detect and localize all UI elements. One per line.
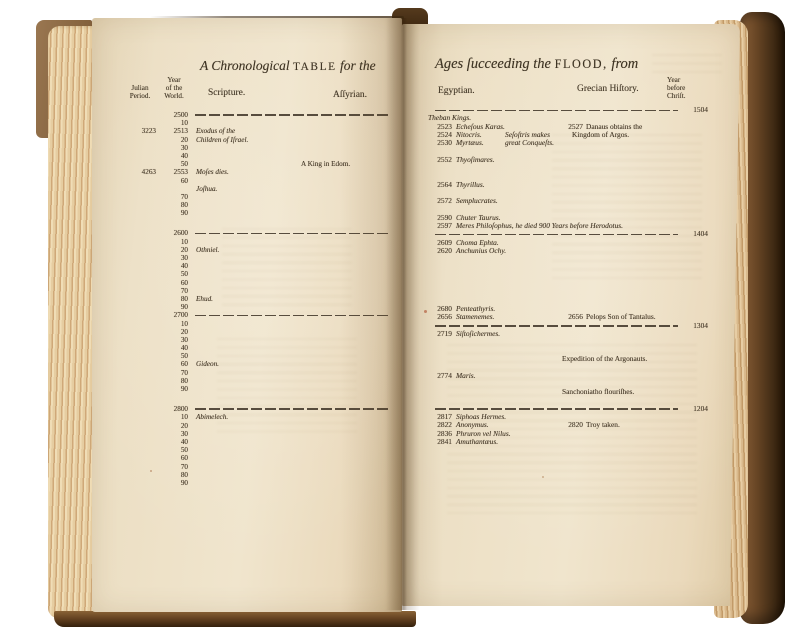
egyptian-note: great Conqueſts. [505,139,554,147]
table-row: 40 [122,262,392,270]
table-row: 20 [122,328,392,336]
row-content [196,463,392,471]
year-of-world-value: 70 [156,287,188,295]
julian-period-value: 3223 [122,127,156,135]
page-edges-left [48,26,98,618]
julian-period-value [122,360,156,368]
row-content [196,479,392,487]
row-content [196,446,392,454]
table-row: 50 [122,352,392,360]
julian-period-value [122,344,156,352]
column-header-year-before-christ: Year before Chriſt. [667,76,709,100]
year-of-world-value: 60 [156,279,188,287]
row-content: Gideon. [196,360,392,368]
table-row [426,338,708,346]
table-row: 20 [122,422,392,430]
row-content: Moſes dies. [196,168,392,176]
row-content: Ehud. [196,295,392,303]
scripture-entry: Abimelech. [196,413,228,421]
right-page-title: Ages ſucceeding the FLOOD, from [435,56,638,73]
egyptian-entry: Siſtoſichermes. [456,330,500,338]
year-of-world-value: 20 [156,246,188,254]
scripture-entry: Exodus of the [196,127,235,135]
table-row: 30 [122,254,392,262]
table-row: 70 [122,369,392,377]
table-row: 10 [122,320,392,328]
paper-speck [542,476,544,478]
table-row: 30 [122,336,392,344]
year-of-world-value: 60 [156,177,188,185]
julian-period-value [122,422,156,430]
table-row: 60 [122,454,392,462]
left-table: 25001032232513Exodus of the20Children of… [122,111,392,487]
julian-period-value [122,336,156,344]
grecian-text: Sanchoniatho flouriſhes. [562,387,634,396]
title-part: Ages ſucceeding the [435,56,551,72]
title-part: A Chronological [200,58,290,73]
title-part: from [611,56,638,72]
grecian-entry: Kingdom of Argos. [572,131,629,139]
year-of-world-value: 10 [156,238,188,246]
julian-period-value: 4263 [122,168,156,176]
year-of-world-value: 2600 [156,229,188,237]
year-before-christ-value: 1204 [682,405,708,413]
table-row: Joſhua. [122,185,392,193]
table-row [426,164,708,172]
grecian-year-value: 2820 [562,421,583,429]
column-header-assyrian: Aſſyrian. [333,90,367,100]
table-row [426,264,708,272]
row-content [196,422,392,430]
scripture-entry: Moſes dies. [196,168,229,176]
year-of-world-value: 2500 [156,111,188,119]
egyptian-year-value: 2552 [428,156,452,164]
grecian-text: Pelops Son of Tantalus. [586,312,656,321]
year-of-world-value: 30 [156,430,188,438]
year-before-christ-value: 1404 [682,230,708,238]
julian-period-value [122,413,156,421]
assyrian-entry: A King in Edom. [301,160,350,168]
table-row: Expedition of the Argonauts. [426,355,708,363]
table-row: 2841Amuthantæus. [426,438,708,446]
book-bottom-edge [54,611,416,627]
row-content [196,238,392,246]
julian-period-value [122,446,156,454]
year-of-world-value: 50 [156,270,188,278]
grecian-text: Expedition of the Argonauts. [562,354,647,363]
julian-period-value [122,377,156,385]
year-of-world-value: 70 [156,193,188,201]
table-row: 80 [122,201,392,209]
egyptian-entry: Thyrillus. [456,181,485,189]
row-content [196,144,392,152]
table-row: 10 [122,119,392,127]
scripture-entry: Joſhua. [196,185,217,193]
column-header-julian-period: Julian Period. [120,84,160,100]
scripture-entry: Othniel. [196,246,219,254]
table-row: 50 [122,446,392,454]
julian-period-value [122,254,156,262]
egyptian-year-value: 2572 [428,197,452,205]
row-content [196,328,392,336]
row-content [196,262,392,270]
row-content [196,438,392,446]
showthrough-smudge [652,54,722,78]
julian-period-value [122,454,156,462]
year-of-world-value: 70 [156,463,188,471]
julian-period-value [122,201,156,209]
table-row: 20Othniel. [122,246,392,254]
table-row: 2530Myrtæus.great Conqueſts. [426,139,708,147]
julian-period-value [122,438,156,446]
table-row [122,393,392,405]
left-page-title: A Chronological TABLE for the [200,58,376,74]
row-content: Joſhua. [196,185,392,193]
row-content [196,344,392,352]
grecian-text: Kingdom of Argos. [572,130,629,139]
left-page: A Chronological TABLE for the Julian Per… [92,18,402,612]
title-part: FLOOD, [555,57,608,71]
row-content [196,430,392,438]
row-content: Othniel. [196,246,392,254]
julian-period-value [122,193,156,201]
table-row [426,272,708,280]
egyptian-year-value: 2620 [428,247,452,255]
table-row: 60 [122,279,392,287]
julian-period-value [122,209,156,217]
table-row: 10Abimelech. [122,413,392,421]
row-content [196,369,392,377]
book-photo: A Chronological TABLE for the Julian Per… [0,0,800,641]
egyptian-year-value: 2564 [428,181,452,189]
julian-period-value [122,430,156,438]
year-before-christ-value: 1304 [682,322,708,330]
right-page: Ages ſucceeding the FLOOD, from Egyptian… [402,24,740,606]
table-row: 2800 [122,405,392,413]
table-row: 30 [122,430,392,438]
row-content: Abimelech. [196,413,392,421]
table-row: 80Ehud. [122,295,392,303]
julian-period-value [122,471,156,479]
table-row: 90 [122,479,392,487]
year-of-world-value: 20 [156,136,188,144]
scripture-entry: Children of Iſrael. [196,136,248,144]
table-row: Sanchoniatho flouriſhes. [426,388,708,396]
table-row: 70 [122,463,392,471]
julian-period-value [122,136,156,144]
egyptian-year-value: 2530 [428,139,452,147]
column-header-year-of-world: Year of the World. [156,76,192,100]
egyptian-entry: Meres Philoſophus, he died 900 Years bef… [456,222,623,230]
row-content [196,287,392,295]
year-of-world-value: 40 [156,438,188,446]
julian-period-value [122,279,156,287]
table-row: 2572Semplucrates. [426,197,708,205]
julian-period-value [122,369,156,377]
year-of-world-value: 80 [156,471,188,479]
table-row: 2700 [122,311,392,319]
row-content [196,454,392,462]
table-row: 60 [122,177,392,185]
year-of-world-value: 30 [156,254,188,262]
gutter-shadow [386,18,420,610]
table-row: 42632553Moſes dies. [122,168,392,176]
egyptian-entry: Thyoſimares. [456,156,495,164]
table-row [426,255,708,263]
row-content [196,471,392,479]
row-content [196,209,392,217]
year-of-world-value [156,185,188,193]
table-row: 20Children of Iſrael. [122,136,392,144]
rule-line [435,234,678,235]
egyptian-year-value: 2774 [428,372,452,380]
row-content [196,193,392,201]
julian-period-value [122,229,156,237]
row-content: Children of Iſrael. [196,136,392,144]
title-part: TABLE [293,61,337,73]
grecian-entry: 2656Pelops Son of Tantalus. [562,313,656,321]
table-row: 2774Maris. [426,372,708,380]
grecian-entry: Sanchoniatho flouriſhes. [562,388,634,396]
rule-line [195,114,390,115]
table-row: 2600 [122,229,392,237]
egyptian-year-value: 2841 [428,438,452,446]
rule-line [435,110,678,111]
rule-line [435,325,678,326]
julian-period-value [122,463,156,471]
row-content [196,152,392,160]
table-row: 90 [122,385,392,393]
table-row [426,396,708,404]
table-row: 70 [122,193,392,201]
rule-line [435,408,678,409]
egyptian-entry: Stamenemes. [456,313,494,321]
julian-period-value [122,246,156,254]
table-row: 40 [122,152,392,160]
table-row: 90 [122,209,392,217]
julian-period-value [122,185,156,193]
year-of-world-value: 90 [156,385,188,393]
table-row: 30 [122,144,392,152]
year-of-world-value: 2700 [156,311,188,319]
julian-period-value [122,295,156,303]
year-of-world-value: 60 [156,454,188,462]
table-row: 2552Thyoſimares. [426,156,708,164]
rule-line [195,315,390,316]
julian-period-value [122,385,156,393]
table-row: 50 [122,270,392,278]
table-row: 60Gideon. [122,360,392,368]
year-of-world-value: 90 [156,209,188,217]
table-row: 2500 [122,111,392,119]
julian-period-value [122,270,156,278]
scripture-entry: Gideon. [196,360,219,368]
egyptian-entry: Myrtæus. [456,139,484,147]
year-of-world-value: 2513 [156,127,188,135]
table-row: 10 [122,238,392,246]
grecian-text: Troy taken. [586,420,620,429]
julian-period-value [122,111,156,119]
column-header-egyptian: Egyptian. [438,86,475,96]
scripture-entry: Ehud. [196,295,213,303]
julian-period-value [122,311,156,319]
row-content [196,336,392,344]
julian-period-value [122,405,156,413]
year-of-world-value: 70 [156,369,188,377]
table-row [426,280,708,288]
julian-period-value [122,177,156,185]
year-before-christ-value: 1504 [682,106,708,114]
row-content: Exodus of the [196,127,392,135]
grecian-year-value: 2656 [562,313,583,321]
grecian-entry: Expedition of the Argonauts. [562,355,647,363]
julian-period-value [122,144,156,152]
right-table: 1504Theban Kings.2523Echeſous Karas.2527… [426,106,708,446]
table-row [122,217,392,229]
year-of-world-value: 2553 [156,168,188,176]
row-content [196,303,392,311]
egyptian-entry: Maris. [456,372,476,380]
egyptian-year-value: 2719 [428,330,452,338]
row-content [196,177,392,185]
julian-period-value [122,238,156,246]
row-content [196,201,392,209]
table-row: 80 [122,471,392,479]
row-content [196,254,392,262]
year-of-world-value: 80 [156,295,188,303]
table-row: 40 [122,344,392,352]
year-of-world-value: 10 [156,320,188,328]
julian-period-value [122,287,156,295]
rule-line [195,233,390,234]
julian-period-value [122,262,156,270]
year-of-world-value: 90 [156,479,188,487]
column-header-grecian-history: Grecian Hiſtory. [577,84,639,94]
table-row [426,289,708,297]
year-of-world-value: 10 [156,413,188,421]
year-of-world-value: 20 [156,328,188,336]
table-row: 2719Siſtoſichermes. [426,330,708,338]
table-row: 70 [122,287,392,295]
table-row: 80 [122,377,392,385]
table-row: 40 [122,438,392,446]
year-of-world-value: 40 [156,152,188,160]
table-row: 50A King in Edom. [122,160,392,168]
table-row: 32232513Exodus of the [122,127,392,135]
row-content [196,385,392,393]
year-of-world-value: 20 [156,422,188,430]
egyptian-entry: Amuthantæus. [456,438,498,446]
egyptian-year-value: 2656 [428,313,452,321]
table-row: 2620Anchunius Ochy. [426,247,708,255]
row-content [196,279,392,287]
row-content [196,352,392,360]
julian-period-value [122,320,156,328]
table-row: 2656Stamenemes.2656Pelops Son of Tantalu… [426,313,708,321]
egyptian-entry: Anchunius Ochy. [456,247,506,255]
egyptian-year-value: 2597 [428,222,452,230]
year-of-world-value: 30 [156,336,188,344]
egyptian-entry: Semplucrates. [456,197,498,205]
table-row: 2597Meres Philoſophus, he died 900 Years… [426,222,708,230]
year-of-world-value: 80 [156,377,188,385]
year-of-world-value: 30 [156,144,188,152]
julian-period-value [122,328,156,336]
julian-period-value [122,152,156,160]
grecian-entry: 2820Troy taken. [562,421,620,429]
julian-period-value [122,303,156,311]
title-part: for the [340,58,376,73]
rule-line [195,408,390,409]
julian-period-value [122,479,156,487]
column-header-scripture: Scripture. [208,88,245,98]
row-content [196,320,392,328]
year-of-world-value: 60 [156,360,188,368]
table-row: 2564Thyrillus. [426,181,708,189]
row-content [196,377,392,385]
julian-period-value [122,352,156,360]
table-row: 90 [122,303,392,311]
row-content [196,270,392,278]
